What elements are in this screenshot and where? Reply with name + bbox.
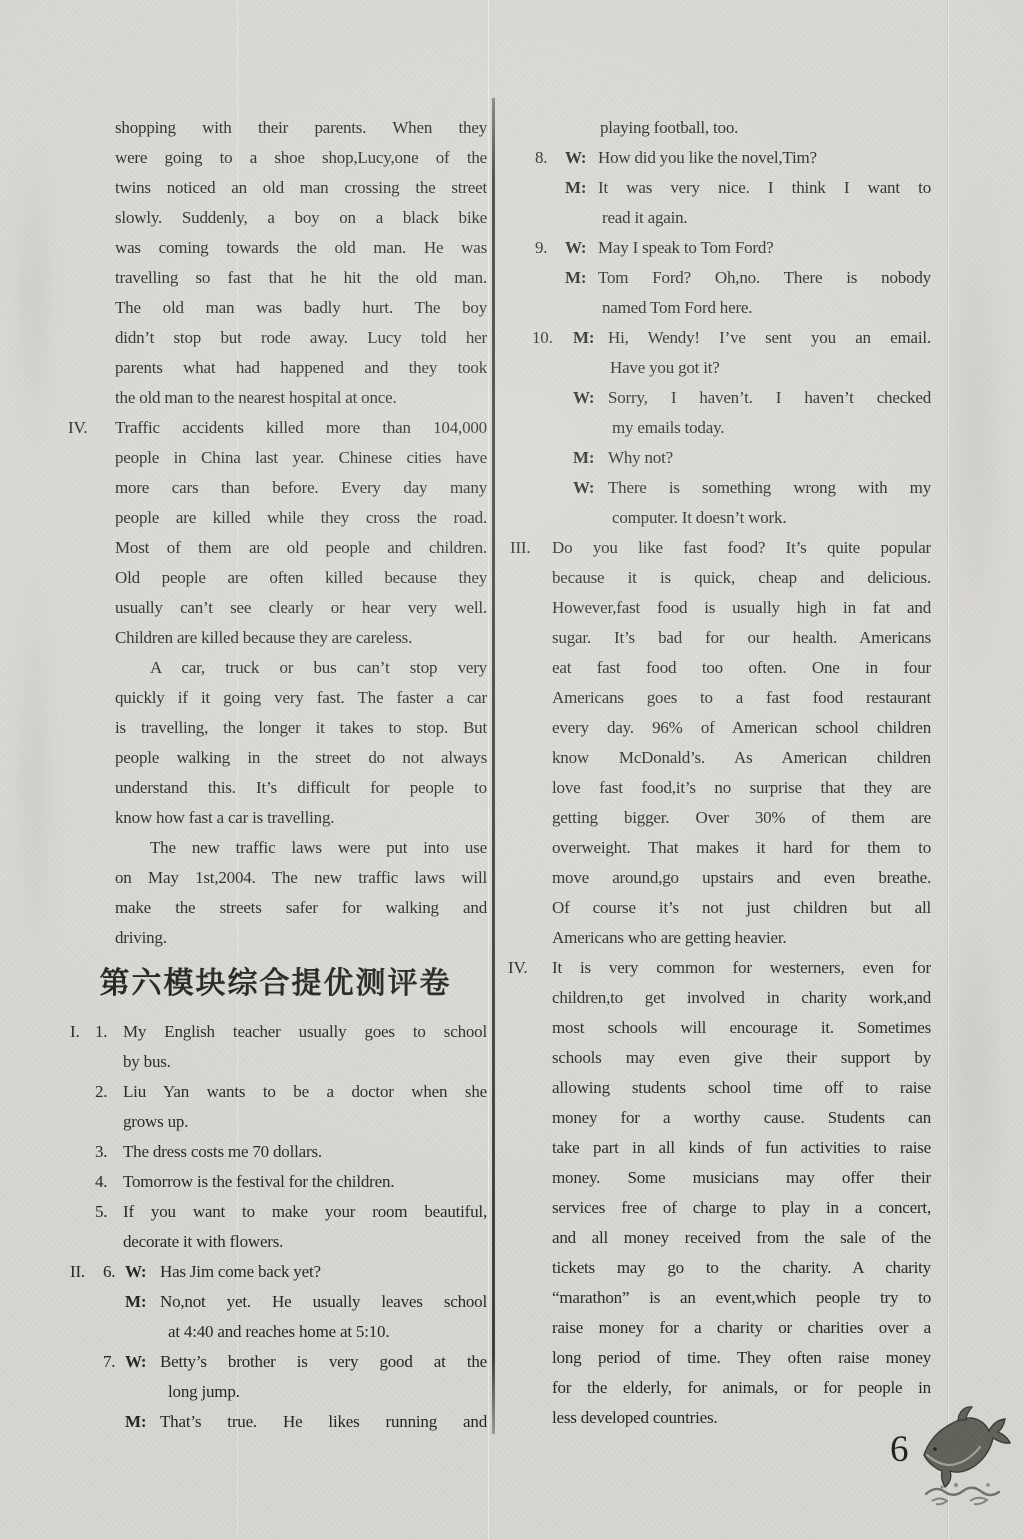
text-line: playing football, too. xyxy=(508,113,931,143)
text-line: 2.Liu Yan wants to be a doctor when she xyxy=(64,1077,487,1107)
line-text: know McDonald’s. As American children xyxy=(552,743,931,773)
text-line: for the elderly, for animals, or for peo… xyxy=(508,1373,931,1403)
text-line: is travelling, the longer it takes to st… xyxy=(64,713,487,743)
splash-drop xyxy=(940,1485,943,1488)
item-label: III. xyxy=(510,533,530,563)
text-line: know how fast a car is travelling. xyxy=(64,803,487,833)
splash-curl-left xyxy=(932,1499,947,1505)
text-line: The new traffic laws were put into use xyxy=(64,833,487,863)
text-line: most schools will encourage it. Sometime… xyxy=(508,1013,931,1043)
line-text: Tom Ford? Oh,no. There is nobody xyxy=(598,263,931,293)
left-column: shopping with their parents. When theywe… xyxy=(64,0,487,1539)
splash-drop xyxy=(986,1483,990,1487)
text-line: my emails today. xyxy=(508,413,931,443)
text-line: However,fast food is usually high in fat… xyxy=(508,593,931,623)
line-text: parents what had happened and they took xyxy=(115,353,487,383)
text-line: was coming towards the old man. He was xyxy=(64,233,487,263)
line-text: were going to a shoe shop,Lucy,one of th… xyxy=(115,143,487,173)
line-text: on May 1st,2004. The new traffic laws wi… xyxy=(115,863,487,893)
line-text: Most of them are old people and children… xyxy=(115,533,487,563)
item-label: 7. xyxy=(103,1347,115,1377)
text-line: overweight. That makes it hard for them … xyxy=(508,833,931,863)
text-line: III.Do you like fast food? It’s quite po… xyxy=(508,533,931,563)
text-line: parents what had happened and they took xyxy=(64,353,487,383)
text-line: named Tom Ford here. xyxy=(508,293,931,323)
line-text: shopping with their parents. When they xyxy=(115,113,487,143)
text-line: long period of time. They often raise mo… xyxy=(508,1343,931,1373)
line-text: services free of charge to play in a con… xyxy=(552,1193,931,1223)
text-line: 7.W:Betty’s brother is very good at the xyxy=(64,1347,487,1377)
bleedthrough-smudge xyxy=(8,140,60,460)
line-text: There is something wrong with my xyxy=(608,473,931,503)
speaker-label: W: xyxy=(573,473,594,503)
speaker-label: W: xyxy=(125,1257,146,1287)
line-text: It is very common for westerners, even f… xyxy=(552,953,931,983)
line-text: usually can’t see clearly or hear very w… xyxy=(115,593,487,623)
line-text: “marathon” is an event,which people try … xyxy=(552,1283,931,1313)
text-line: raise money for a charity or charities o… xyxy=(508,1313,931,1343)
text-line: usually can’t see clearly or hear very w… xyxy=(64,593,487,623)
item-label: 3. xyxy=(95,1137,107,1167)
item-label: 6. xyxy=(103,1257,115,1287)
line-text: The new traffic laws were put into use xyxy=(150,833,487,863)
text-line: W:Sorry, I haven’t. I haven’t checked xyxy=(508,383,931,413)
text-line: Americans goes to a fast food restaurant xyxy=(508,683,931,713)
item-label: II. xyxy=(70,1257,85,1287)
item-label: 2. xyxy=(95,1077,107,1107)
speaker-label: W: xyxy=(573,383,594,413)
text-line: didn’t stop but rode away. Lucy told her xyxy=(64,323,487,353)
line-text: less developed countries. xyxy=(552,1403,931,1433)
line-text: long period of time. They often raise mo… xyxy=(552,1343,931,1373)
text-line: IV.It is very common for westerners, eve… xyxy=(508,953,931,983)
line-text: long jump. xyxy=(168,1377,487,1407)
line-text: people are killed while they cross the r… xyxy=(115,503,487,533)
text-line: 8.W:How did you like the novel,Tim? xyxy=(508,143,931,173)
line-text: allowing students school time off to rai… xyxy=(552,1073,931,1103)
line-text: My English teacher usually goes to schoo… xyxy=(123,1017,487,1047)
item-label: 8. xyxy=(535,143,547,173)
speaker-label: M: xyxy=(565,263,586,293)
text-line: read it again. xyxy=(508,203,931,233)
line-text: money for a worthy cause. Students can xyxy=(552,1103,931,1133)
text-line: M:It was very nice. I think I want to xyxy=(508,173,931,203)
dolphin-icon xyxy=(912,1393,1012,1511)
text-line: Most of them are old people and children… xyxy=(64,533,487,563)
line-text: move around,go upstairs and even breathe… xyxy=(552,863,931,893)
line-text: Old people are often killed because they xyxy=(115,563,487,593)
line-text: the old man to the nearest hospital at o… xyxy=(115,383,487,413)
line-text: was coming towards the old man. He was xyxy=(115,233,487,263)
speaker-label: W: xyxy=(565,143,586,173)
line-text: make the streets safer for walking and xyxy=(115,893,487,923)
line-text: travelling so fast that he hit the old m… xyxy=(115,263,487,293)
text-line: travelling so fast that he hit the old m… xyxy=(64,263,487,293)
text-line: money. Some musicians may offer their xyxy=(508,1163,931,1193)
line-text: sugar. It’s bad for our health. American… xyxy=(552,623,931,653)
text-line: M:No,not yet. He usually leaves school xyxy=(64,1287,487,1317)
text-line: tickets may go to the charity. A charity xyxy=(508,1253,931,1283)
text-line: the old man to the nearest hospital at o… xyxy=(64,383,487,413)
text-line: people walking in the street do not alwa… xyxy=(64,743,487,773)
line-text: It was very nice. I think I want to xyxy=(598,173,931,203)
line-text: my emails today. xyxy=(612,413,931,443)
text-line: know McDonald’s. As American children xyxy=(508,743,931,773)
text-line: less developed countries. xyxy=(508,1403,931,1433)
line-text: by bus. xyxy=(123,1047,487,1077)
dolphin-eye xyxy=(933,1447,937,1451)
line-text: Have you got it? xyxy=(610,353,931,383)
text-line: The old man was badly hurt. The boy xyxy=(64,293,487,323)
text-line: W:There is something wrong with my xyxy=(508,473,931,503)
speaker-label: M: xyxy=(565,173,586,203)
line-text: eat fast food too often. One in four xyxy=(552,653,931,683)
text-line: “marathon” is an event,which people try … xyxy=(508,1283,931,1313)
text-line: every day. 96% of American school childr… xyxy=(508,713,931,743)
line-text: Betty’s brother is very good at the xyxy=(160,1347,487,1377)
section-heading: 第六模块综合提优测评卷 xyxy=(64,953,487,1017)
line-text: Hi, Wendy! I’ve sent you an email. xyxy=(608,323,931,353)
item-label: I. xyxy=(70,1017,80,1047)
bleedthrough-smudge xyxy=(942,880,1006,1260)
text-line: on May 1st,2004. The new traffic laws wi… xyxy=(64,863,487,893)
text-line: make the streets safer for walking and xyxy=(64,893,487,923)
text-line: because it is quick, cheap and delicious… xyxy=(508,563,931,593)
line-text: schools may even give their support by xyxy=(552,1043,931,1073)
speaker-label: M: xyxy=(573,443,594,473)
scanned-page: shopping with their parents. When theywe… xyxy=(0,0,1024,1539)
line-text: is travelling, the longer it takes to st… xyxy=(115,713,487,743)
speaker-label: M: xyxy=(125,1407,146,1437)
line-text: However,fast food is usually high in fat… xyxy=(552,593,931,623)
text-line: 10.M:Hi, Wendy! I’ve sent you an email. xyxy=(508,323,931,353)
text-line: quickly if it going very fast. The faste… xyxy=(64,683,487,713)
line-text: Children are killed because they are car… xyxy=(115,623,487,653)
text-line: long jump. xyxy=(64,1377,487,1407)
text-line: were going to a shoe shop,Lucy,one of th… xyxy=(64,143,487,173)
line-text: children,to get involved in charity work… xyxy=(552,983,931,1013)
line-text: Americans goes to a fast food restaurant xyxy=(552,683,931,713)
line-text: Traffic accidents killed more than 104,0… xyxy=(115,413,487,443)
text-line: understand this. It’s difficult for peop… xyxy=(64,773,487,803)
text-line: M:That’s true. He likes running and xyxy=(64,1407,487,1437)
text-line: IV.Traffic accidents killed more than 10… xyxy=(64,413,487,443)
text-line: twins noticed an old man crossing the st… xyxy=(64,173,487,203)
text-line: Old people are often killed because they xyxy=(64,563,487,593)
text-line: people in China last year. Chinese citie… xyxy=(64,443,487,473)
right-column: playing football, too.8.W:How did you li… xyxy=(508,0,931,1539)
item-label: 9. xyxy=(535,233,547,263)
text-line: I.1.My English teacher usually goes to s… xyxy=(64,1017,487,1047)
line-text: decorate it with flowers. xyxy=(123,1227,487,1257)
line-text: How did you like the novel,Tim? xyxy=(598,143,931,173)
line-text: every day. 96% of American school childr… xyxy=(552,713,931,743)
line-text: A car, truck or bus can’t stop very xyxy=(150,653,487,683)
text-line: driving. xyxy=(64,923,487,953)
column-divider-rule xyxy=(492,98,495,1434)
text-line: and all money received from the sale of … xyxy=(508,1223,931,1253)
text-line: people are killed while they cross the r… xyxy=(64,503,487,533)
text-line: sugar. It’s bad for our health. American… xyxy=(508,623,931,653)
line-text: May I speak to Tom Ford? xyxy=(598,233,931,263)
line-text: tickets may go to the charity. A charity xyxy=(552,1253,931,1283)
text-line: decorate it with flowers. xyxy=(64,1227,487,1257)
item-label: 10. xyxy=(532,323,553,353)
speaker-label: M: xyxy=(125,1287,146,1317)
line-text: Sorry, I haven’t. I haven’t checked xyxy=(608,383,931,413)
line-text: raise money for a charity or charities o… xyxy=(552,1313,931,1343)
line-text: If you want to make your room beautiful, xyxy=(123,1197,487,1227)
text-line: services free of charge to play in a con… xyxy=(508,1193,931,1223)
dolphin-body xyxy=(924,1418,1010,1487)
text-line: move around,go upstairs and even breathe… xyxy=(508,863,931,893)
line-text: Do you like fast food? It’s quite popula… xyxy=(552,533,931,563)
line-text: playing football, too. xyxy=(600,113,931,143)
line-text: That’s true. He likes running and xyxy=(160,1407,487,1437)
line-text: for the elderly, for animals, or for peo… xyxy=(552,1373,931,1403)
line-text: read it again. xyxy=(602,203,931,233)
line-text: because it is quick, cheap and delicious… xyxy=(552,563,931,593)
item-label: IV. xyxy=(508,953,527,983)
line-text: didn’t stop but rode away. Lucy told her xyxy=(115,323,487,353)
text-line: Children are killed because they are car… xyxy=(64,623,487,653)
line-text: getting bigger. Over 30% of them are xyxy=(552,803,931,833)
line-text: slowly. Suddenly, a boy on a black bike xyxy=(115,203,487,233)
line-text: computer. It doesn’t work. xyxy=(612,503,931,533)
line-text: driving. xyxy=(115,923,487,953)
line-text: The dress costs me 70 dollars. xyxy=(123,1137,487,1167)
text-line: 5.If you want to make your room beautifu… xyxy=(64,1197,487,1227)
text-line: slowly. Suddenly, a boy on a black bike xyxy=(64,203,487,233)
text-line: allowing students school time off to rai… xyxy=(508,1073,931,1103)
line-text: Of course it’s not just children but all xyxy=(552,893,931,923)
line-text: people in China last year. Chinese citie… xyxy=(115,443,487,473)
bleedthrough-smudge xyxy=(12,560,58,990)
item-label: 5. xyxy=(95,1197,107,1227)
item-label: 4. xyxy=(95,1167,107,1197)
paper-crease xyxy=(488,0,489,1539)
text-line: 4.Tomorrow is the festival for the child… xyxy=(64,1167,487,1197)
speaker-label: W: xyxy=(125,1347,146,1377)
page-number: 6 xyxy=(890,1428,909,1472)
text-line: 9.W:May I speak to Tom Ford? xyxy=(508,233,931,263)
text-line: money for a worthy cause. Students can xyxy=(508,1103,931,1133)
text-line: Of course it’s not just children but all xyxy=(508,893,931,923)
bleedthrough-smudge xyxy=(940,170,1010,690)
line-text: know how fast a car is travelling. xyxy=(115,803,487,833)
text-line: schools may even give their support by xyxy=(508,1043,931,1073)
text-line: II.6.W:Has Jim come back yet? xyxy=(64,1257,487,1287)
text-line: Americans who are getting heavier. xyxy=(508,923,931,953)
line-text: named Tom Ford here. xyxy=(602,293,931,323)
text-line: love fast food,it’s no surprise that the… xyxy=(508,773,931,803)
line-text: Americans who are getting heavier. xyxy=(552,923,931,953)
text-line: children,to get involved in charity work… xyxy=(508,983,931,1013)
line-text: Why not? xyxy=(608,443,931,473)
splash-drop xyxy=(954,1483,958,1487)
line-text: more cars than before. Every day many xyxy=(115,473,487,503)
text-line: grows up. xyxy=(64,1107,487,1137)
line-text: love fast food,it’s no surprise that the… xyxy=(552,773,931,803)
line-text: and all money received from the sale of … xyxy=(552,1223,931,1253)
text-line: at 4:40 and reaches home at 5:10. xyxy=(64,1317,487,1347)
text-line: take part in all kinds of fun activities… xyxy=(508,1133,931,1163)
line-text: Tomorrow is the festival for the childre… xyxy=(123,1167,487,1197)
speaker-label: W: xyxy=(565,233,586,263)
line-text: The old man was badly hurt. The boy xyxy=(115,293,487,323)
text-line: Have you got it? xyxy=(508,353,931,383)
line-text: quickly if it going very fast. The faste… xyxy=(115,683,487,713)
paper-crease xyxy=(948,0,949,1539)
item-label: IV. xyxy=(68,413,87,443)
line-text: overweight. That makes it hard for them … xyxy=(552,833,931,863)
text-line: more cars than before. Every day many xyxy=(64,473,487,503)
line-text: take part in all kinds of fun activities… xyxy=(552,1133,931,1163)
text-line: shopping with their parents. When they xyxy=(64,113,487,143)
splash-curl-right xyxy=(970,1498,987,1504)
text-line: M:Why not? xyxy=(508,443,931,473)
text-line: A car, truck or bus can’t stop very xyxy=(64,653,487,683)
line-text: money. Some musicians may offer their xyxy=(552,1163,931,1193)
text-line: computer. It doesn’t work. xyxy=(508,503,931,533)
item-label: 1. xyxy=(95,1017,107,1047)
text-line: getting bigger. Over 30% of them are xyxy=(508,803,931,833)
line-text: understand this. It’s difficult for peop… xyxy=(115,773,487,803)
line-text: people walking in the street do not alwa… xyxy=(115,743,487,773)
line-text: grows up. xyxy=(123,1107,487,1137)
line-text: Liu Yan wants to be a doctor when she xyxy=(123,1077,487,1107)
line-text: twins noticed an old man crossing the st… xyxy=(115,173,487,203)
line-text: at 4:40 and reaches home at 5:10. xyxy=(168,1317,487,1347)
line-text: No,not yet. He usually leaves school xyxy=(160,1287,487,1317)
line-text: Has Jim come back yet? xyxy=(160,1257,487,1287)
speaker-label: M: xyxy=(573,323,594,353)
line-text: most schools will encourage it. Sometime… xyxy=(552,1013,931,1043)
text-line: 3.The dress costs me 70 dollars. xyxy=(64,1137,487,1167)
text-line: eat fast food too often. One in four xyxy=(508,653,931,683)
splash-wave xyxy=(926,1488,999,1495)
text-line: M:Tom Ford? Oh,no. There is nobody xyxy=(508,263,931,293)
text-line: by bus. xyxy=(64,1047,487,1077)
